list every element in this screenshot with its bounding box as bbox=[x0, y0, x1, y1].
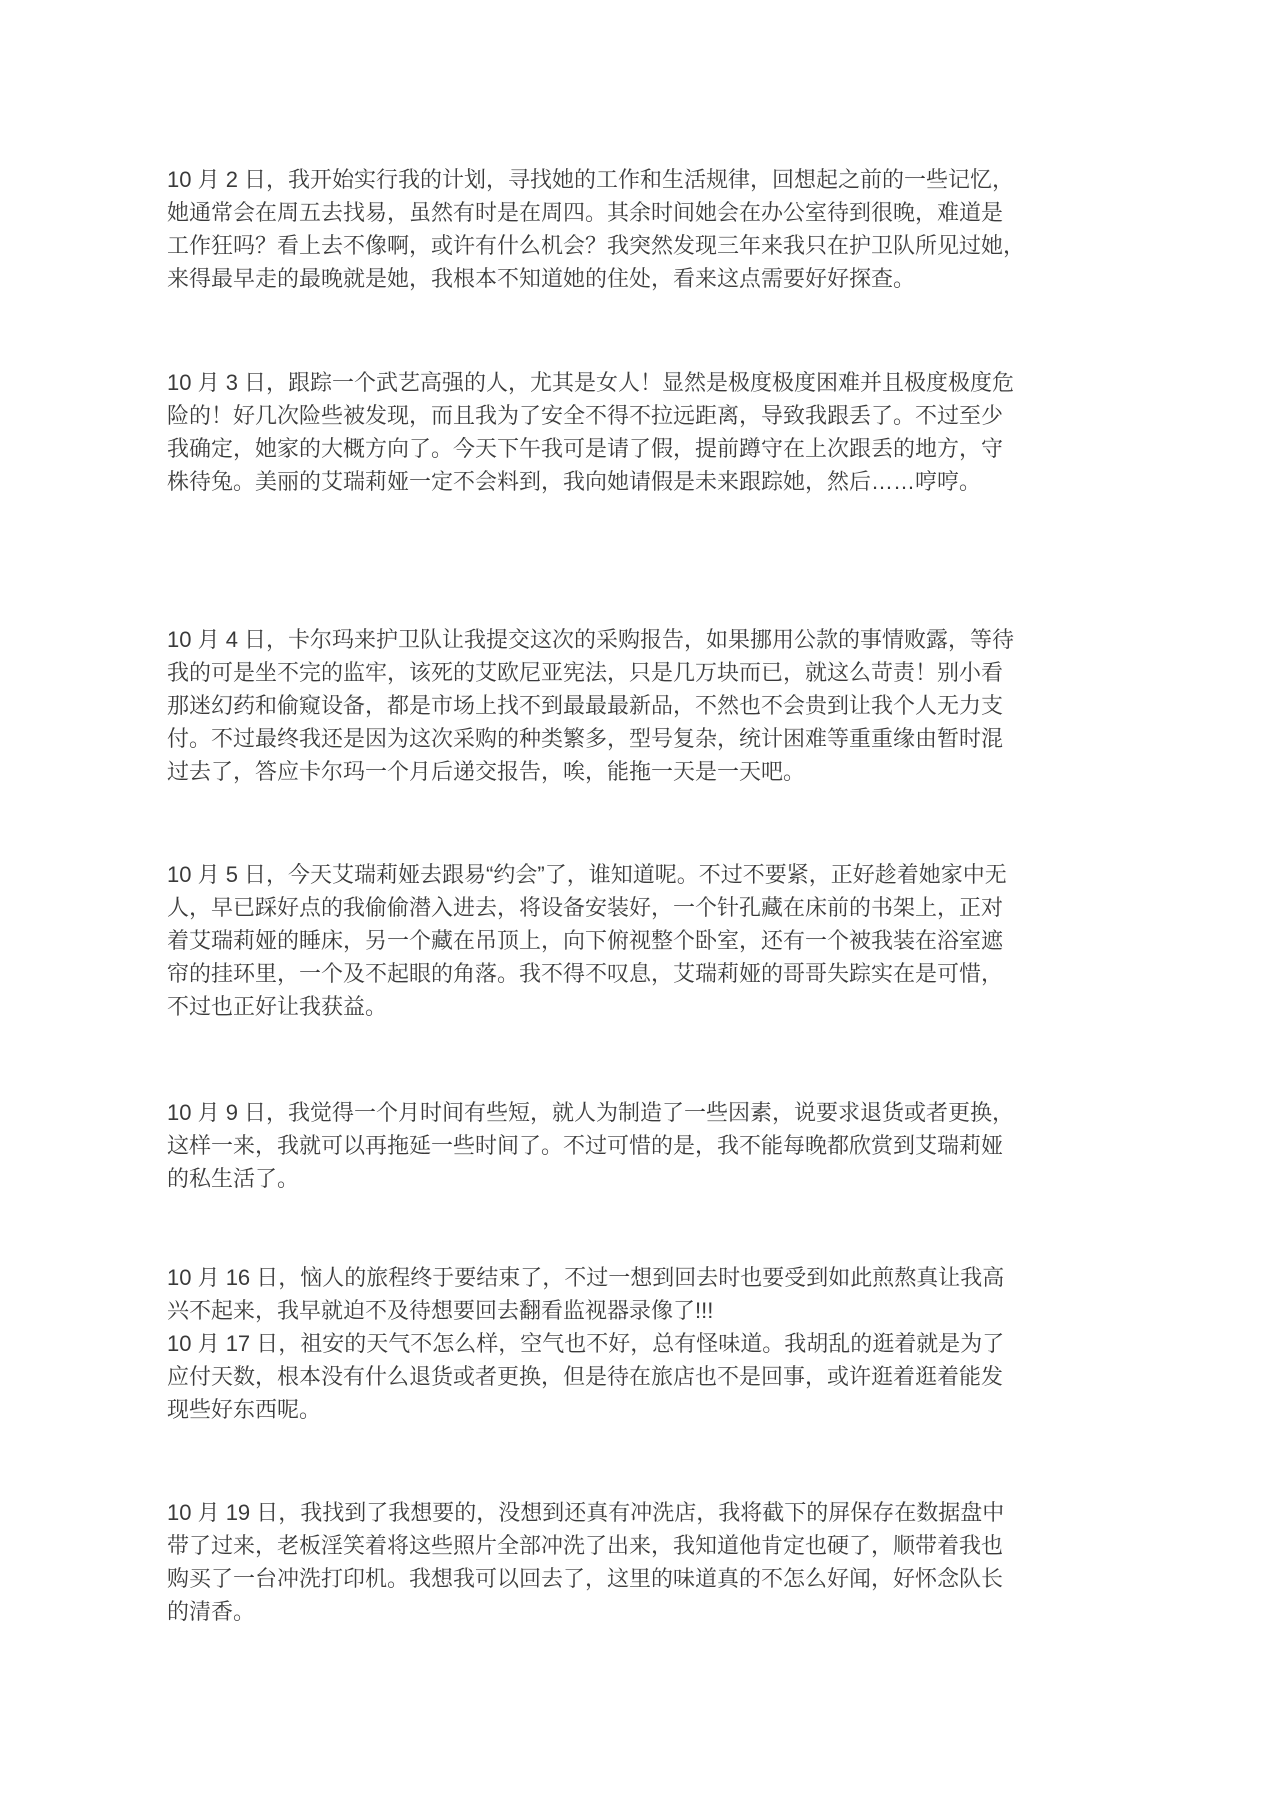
text-line: 的清香。 bbox=[167, 1595, 977, 1628]
text-line: 不过也正好让我获益。 bbox=[167, 990, 977, 1023]
text-line: 10 月 3 日，跟踪一个武艺高强的人，尤其是女人！显然是极度极度困难并且极度极… bbox=[167, 366, 977, 399]
diary-entry-oct-16-17: 10 月 16 日，恼人的旅程终于要结束了，不过一想到回去时也要受到如此煎熬真让… bbox=[167, 1261, 977, 1426]
diary-entry-oct-9: 10 月 9 日，我觉得一个月时间有些短，就人为制造了一些因素，说要求退货或者更… bbox=[167, 1096, 977, 1195]
text-line: 10 月 17 日，祖安的天气不怎么样，空气也不好，总有怪味道。我胡乱的逛着就是… bbox=[167, 1327, 977, 1360]
text-line: 带了过来，老板淫笑着将这些照片全部冲洗了出来，我知道他肯定也硬了，顺带着我也 bbox=[167, 1529, 977, 1562]
text-line: 这样一来，我就可以再拖延一些时间了。不过可惜的是，我不能每晚都欣赏到艾瑞莉娅 bbox=[167, 1129, 977, 1162]
text-line: 现些好东西呢。 bbox=[167, 1393, 977, 1426]
document-page: 10 月 2 日，我开始实行我的计划，寻找她的工作和生活规律，回想起之前的一些记… bbox=[0, 0, 1280, 1810]
text-line: 她通常会在周五去找易，虽然有时是在周四。其余时间她会在办公室待到很晚，难道是 bbox=[167, 196, 977, 229]
diary-text-column: 10 月 2 日，我开始实行我的计划，寻找她的工作和生活规律，回想起之前的一些记… bbox=[167, 163, 977, 1628]
text-line: 那迷幻药和偷窥设备，都是市场上找不到最最最新品，不然也不会贵到让我个人无力支 bbox=[167, 689, 977, 722]
text-line: 付。不过最终我还是因为这次采购的种类繁多，型号复杂，统计困难等重重缘由暂时混 bbox=[167, 722, 977, 755]
text-line: 兴不起来，我早就迫不及待想要回去翻看监视器录像了!!! bbox=[167, 1294, 977, 1327]
text-line: 10 月 4 日，卡尔玛来护卫队让我提交这次的采购报告，如果挪用公款的事情败露，… bbox=[167, 623, 977, 656]
text-line: 10 月 9 日，我觉得一个月时间有些短，就人为制造了一些因素，说要求退货或者更… bbox=[167, 1096, 977, 1129]
diary-entry-oct-19: 10 月 19 日，我找到了我想要的，没想到还真有冲洗店，我将截下的屏保存在数据… bbox=[167, 1496, 977, 1628]
text-line: 帘的挂环里，一个及不起眼的角落。我不得不叹息，艾瑞莉娅的哥哥失踪实在是可惜， bbox=[167, 957, 977, 990]
text-line: 工作狂吗？看上去不像啊，或许有什么机会？我突然发现三年来我只在护卫队所见过她， bbox=[167, 229, 977, 262]
text-line: 10 月 2 日，我开始实行我的计划，寻找她的工作和生活规律，回想起之前的一些记… bbox=[167, 163, 977, 196]
text-line: 我的可是坐不完的监牢，该死的艾欧尼亚宪法，只是几万块而已，就这么苛责！别小看 bbox=[167, 656, 977, 689]
text-line: 株待兔。美丽的艾瑞莉娅一定不会料到，我向她请假是未来跟踪她，然后……哼哼。 bbox=[167, 465, 977, 498]
text-line: 10 月 5 日，今天艾瑞莉娅去跟易“约会”了，谁知道呢。不过不要紧，正好趁着她… bbox=[167, 858, 977, 891]
text-line: 应付天数，根本没有什么退货或者更换，但是待在旅店也不是回事，或许逛着逛着能发 bbox=[167, 1360, 977, 1393]
text-line: 10 月 19 日，我找到了我想要的，没想到还真有冲洗店，我将截下的屏保存在数据… bbox=[167, 1496, 977, 1529]
text-line: 购买了一台冲洗打印机。我想我可以回去了，这里的味道真的不怎么好闻，好怀念队长 bbox=[167, 1562, 977, 1595]
diary-entry-oct-5: 10 月 5 日，今天艾瑞莉娅去跟易“约会”了，谁知道呢。不过不要紧，正好趁着她… bbox=[167, 858, 977, 1023]
diary-entry-oct-2: 10 月 2 日，我开始实行我的计划，寻找她的工作和生活规律，回想起之前的一些记… bbox=[167, 163, 977, 295]
text-line: 10 月 16 日，恼人的旅程终于要结束了，不过一想到回去时也要受到如此煎熬真让… bbox=[167, 1261, 977, 1294]
diary-entry-oct-3: 10 月 3 日，跟踪一个武艺高强的人，尤其是女人！显然是极度极度困难并且极度极… bbox=[167, 366, 977, 498]
text-line: 的私生活了。 bbox=[167, 1162, 977, 1195]
text-line: 人，早已踩好点的我偷偷潜入进去，将设备安装好，一个针孔藏在床前的书架上，正对 bbox=[167, 891, 977, 924]
text-line: 来得最早走的最晚就是她，我根本不知道她的住处，看来这点需要好好探查。 bbox=[167, 262, 977, 295]
text-line: 过去了，答应卡尔玛一个月后递交报告，唉，能拖一天是一天吧。 bbox=[167, 755, 977, 788]
diary-entry-oct-4: 10 月 4 日，卡尔玛来护卫队让我提交这次的采购报告，如果挪用公款的事情败露，… bbox=[167, 623, 977, 788]
text-line: 我确定，她家的大概方向了。今天下午我可是请了假，提前蹲守在上次跟丢的地方，守 bbox=[167, 432, 977, 465]
text-line: 险的！好几次险些被发现，而且我为了安全不得不拉远距离，导致我跟丢了。不过至少 bbox=[167, 399, 977, 432]
text-line: 着艾瑞莉娅的睡床，另一个藏在吊顶上，向下俯视整个卧室，还有一个被我装在浴室遮 bbox=[167, 924, 977, 957]
